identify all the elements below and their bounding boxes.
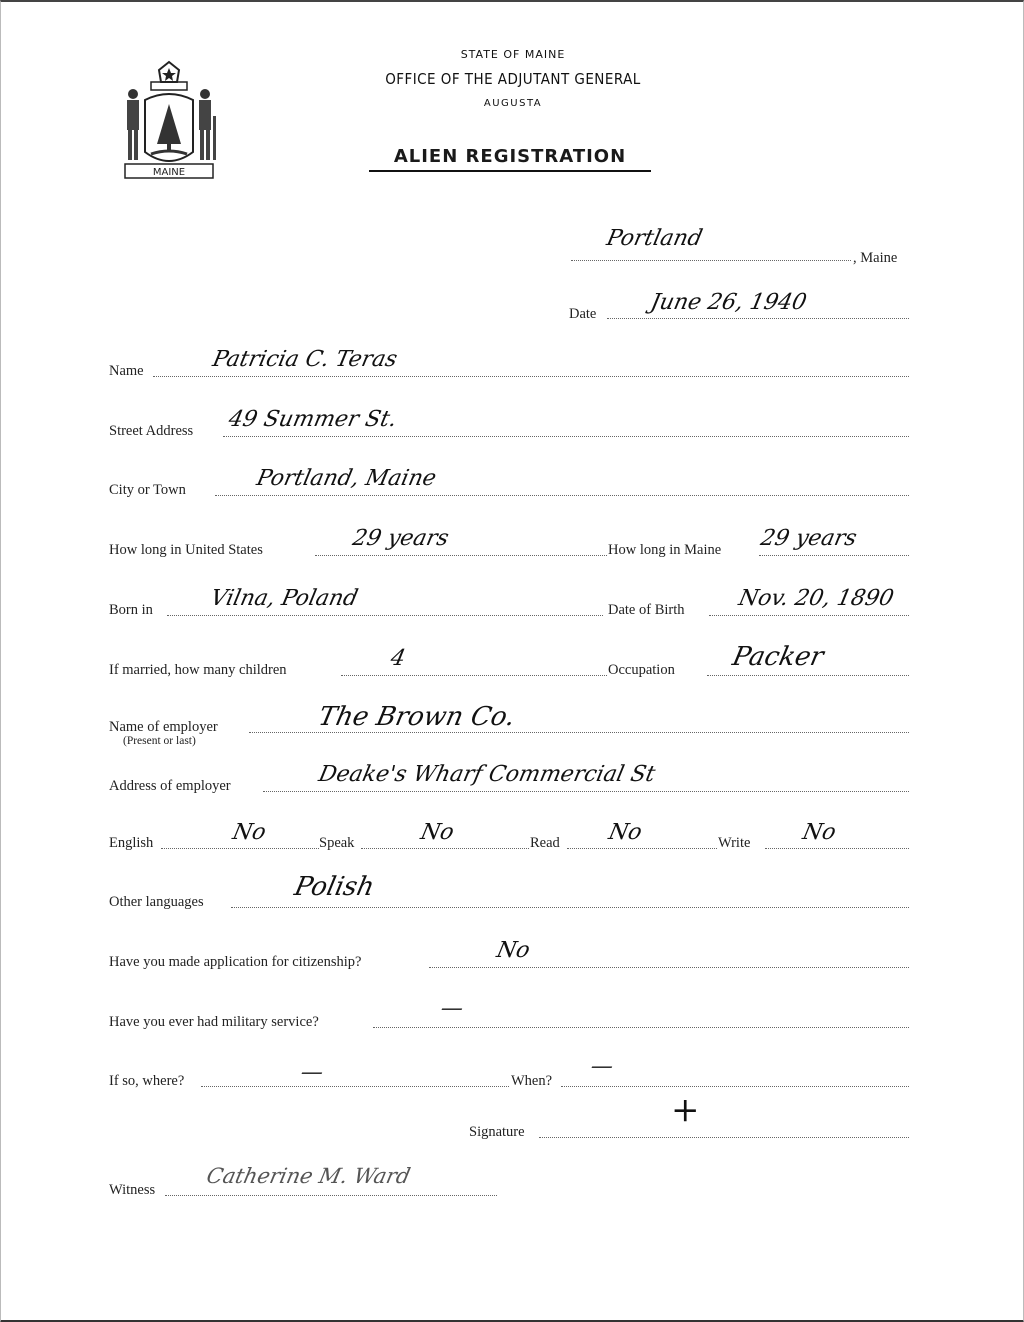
- street-address-field-line: [223, 436, 909, 437]
- witness-field-line: [165, 1195, 497, 1196]
- city-field-line: [215, 495, 909, 496]
- how-long-maine-value[interactable]: 29 years: [758, 526, 859, 551]
- other-languages-label: Other languages: [109, 894, 204, 911]
- read-field-line: [567, 848, 717, 849]
- english-field-line: [161, 848, 319, 849]
- how-long-us-value[interactable]: 29 years: [350, 526, 451, 551]
- date-of-birth-label: Date of Birth: [608, 602, 685, 619]
- employer-name-value[interactable]: The Brown Co.: [316, 702, 518, 732]
- citizenship-field-line: [429, 967, 909, 968]
- signature-label: Signature: [469, 1124, 525, 1141]
- read-value[interactable]: No: [606, 820, 644, 845]
- employer-address-value[interactable]: Deake's Wharf Commercial St: [316, 762, 657, 787]
- date-value[interactable]: June 26, 1940: [648, 290, 808, 315]
- where-value[interactable]: —: [298, 1060, 325, 1085]
- born-in-label: Born in: [109, 602, 153, 619]
- witness-value[interactable]: Catherine M. Ward: [204, 1164, 412, 1188]
- born-in-value[interactable]: Vilna, Poland: [208, 586, 360, 611]
- born-in-field-line: [167, 615, 603, 616]
- read-label: Read: [530, 835, 560, 852]
- occupation-value[interactable]: Packer: [730, 642, 826, 672]
- place-label: , Maine: [853, 250, 897, 267]
- occupation-label: Occupation: [608, 662, 675, 679]
- employer-address-label: Address of employer: [109, 778, 231, 795]
- street-address-value[interactable]: 49 Summer St.: [226, 407, 399, 432]
- date-of-birth-field-line: [709, 615, 909, 616]
- english-value[interactable]: No: [230, 820, 268, 845]
- children-label: If married, how many children: [109, 662, 287, 679]
- other-languages-field-line: [231, 907, 909, 908]
- speak-value[interactable]: No: [418, 820, 456, 845]
- when-field-line: [561, 1086, 909, 1087]
- date-label: Date: [569, 306, 596, 323]
- signature-value[interactable]: +: [671, 1090, 700, 1130]
- place-value[interactable]: Portland: [604, 226, 704, 251]
- header-city: AUGUSTA: [341, 98, 685, 109]
- employer-name-field-line: [249, 732, 909, 733]
- how-long-maine-label: How long in Maine: [608, 542, 721, 559]
- name-label: Name: [109, 363, 144, 380]
- write-label: Write: [718, 835, 750, 852]
- employer-name-sublabel: (Present or last): [123, 735, 196, 747]
- where-label: If so, where?: [109, 1073, 184, 1090]
- write-value[interactable]: No: [800, 820, 838, 845]
- form-title: ALIEN REGISTRATION: [369, 146, 651, 172]
- citizenship-label: Have you made application for citizenshi…: [109, 954, 361, 971]
- city-label: City or Town: [109, 482, 186, 499]
- citizenship-value[interactable]: No: [494, 938, 532, 963]
- header-office: OFFICE OF THE ADJUTANT GENERAL: [358, 70, 668, 88]
- other-languages-value[interactable]: Polish: [292, 872, 377, 902]
- how-long-us-field-line: [315, 555, 607, 556]
- when-value[interactable]: —: [588, 1054, 615, 1079]
- state-of-maine-seal-icon: MAINE: [115, 60, 223, 184]
- where-field-line: [201, 1086, 509, 1087]
- english-label: English: [109, 835, 153, 852]
- svg-text:MAINE: MAINE: [153, 167, 185, 178]
- employer-name-label: Name of employer: [109, 719, 218, 736]
- speak-field-line: [361, 848, 529, 849]
- place-field-line: [571, 260, 851, 261]
- witness-label: Witness: [109, 1182, 155, 1199]
- date-of-birth-value[interactable]: Nov. 20, 1890: [736, 586, 896, 611]
- date-field-line: [607, 318, 909, 319]
- children-field-line: [341, 675, 607, 676]
- how-long-maine-field-line: [759, 555, 909, 556]
- header-state: STATE OF MAINE: [341, 48, 685, 61]
- occupation-field-line: [707, 675, 909, 676]
- signature-field-line: [539, 1137, 909, 1138]
- street-address-label: Street Address: [109, 423, 193, 440]
- registration-form-page: MAINE STATE OF MAINE OFFICE OF THE ADJUT…: [0, 0, 1024, 1322]
- when-label: When?: [511, 1073, 552, 1090]
- speak-label: Speak: [319, 835, 354, 852]
- how-long-us-label: How long in United States: [109, 542, 263, 559]
- name-value[interactable]: Patricia C. Teras: [210, 347, 399, 372]
- employer-address-field-line: [263, 791, 909, 792]
- military-service-label: Have you ever had military service?: [109, 1014, 319, 1031]
- name-field-line: [153, 376, 909, 377]
- city-value[interactable]: Portland, Maine: [254, 466, 438, 491]
- write-field-line: [765, 848, 909, 849]
- children-value[interactable]: 4: [388, 646, 407, 671]
- military-service-value[interactable]: —: [438, 996, 465, 1021]
- military-service-field-line: [373, 1027, 909, 1028]
